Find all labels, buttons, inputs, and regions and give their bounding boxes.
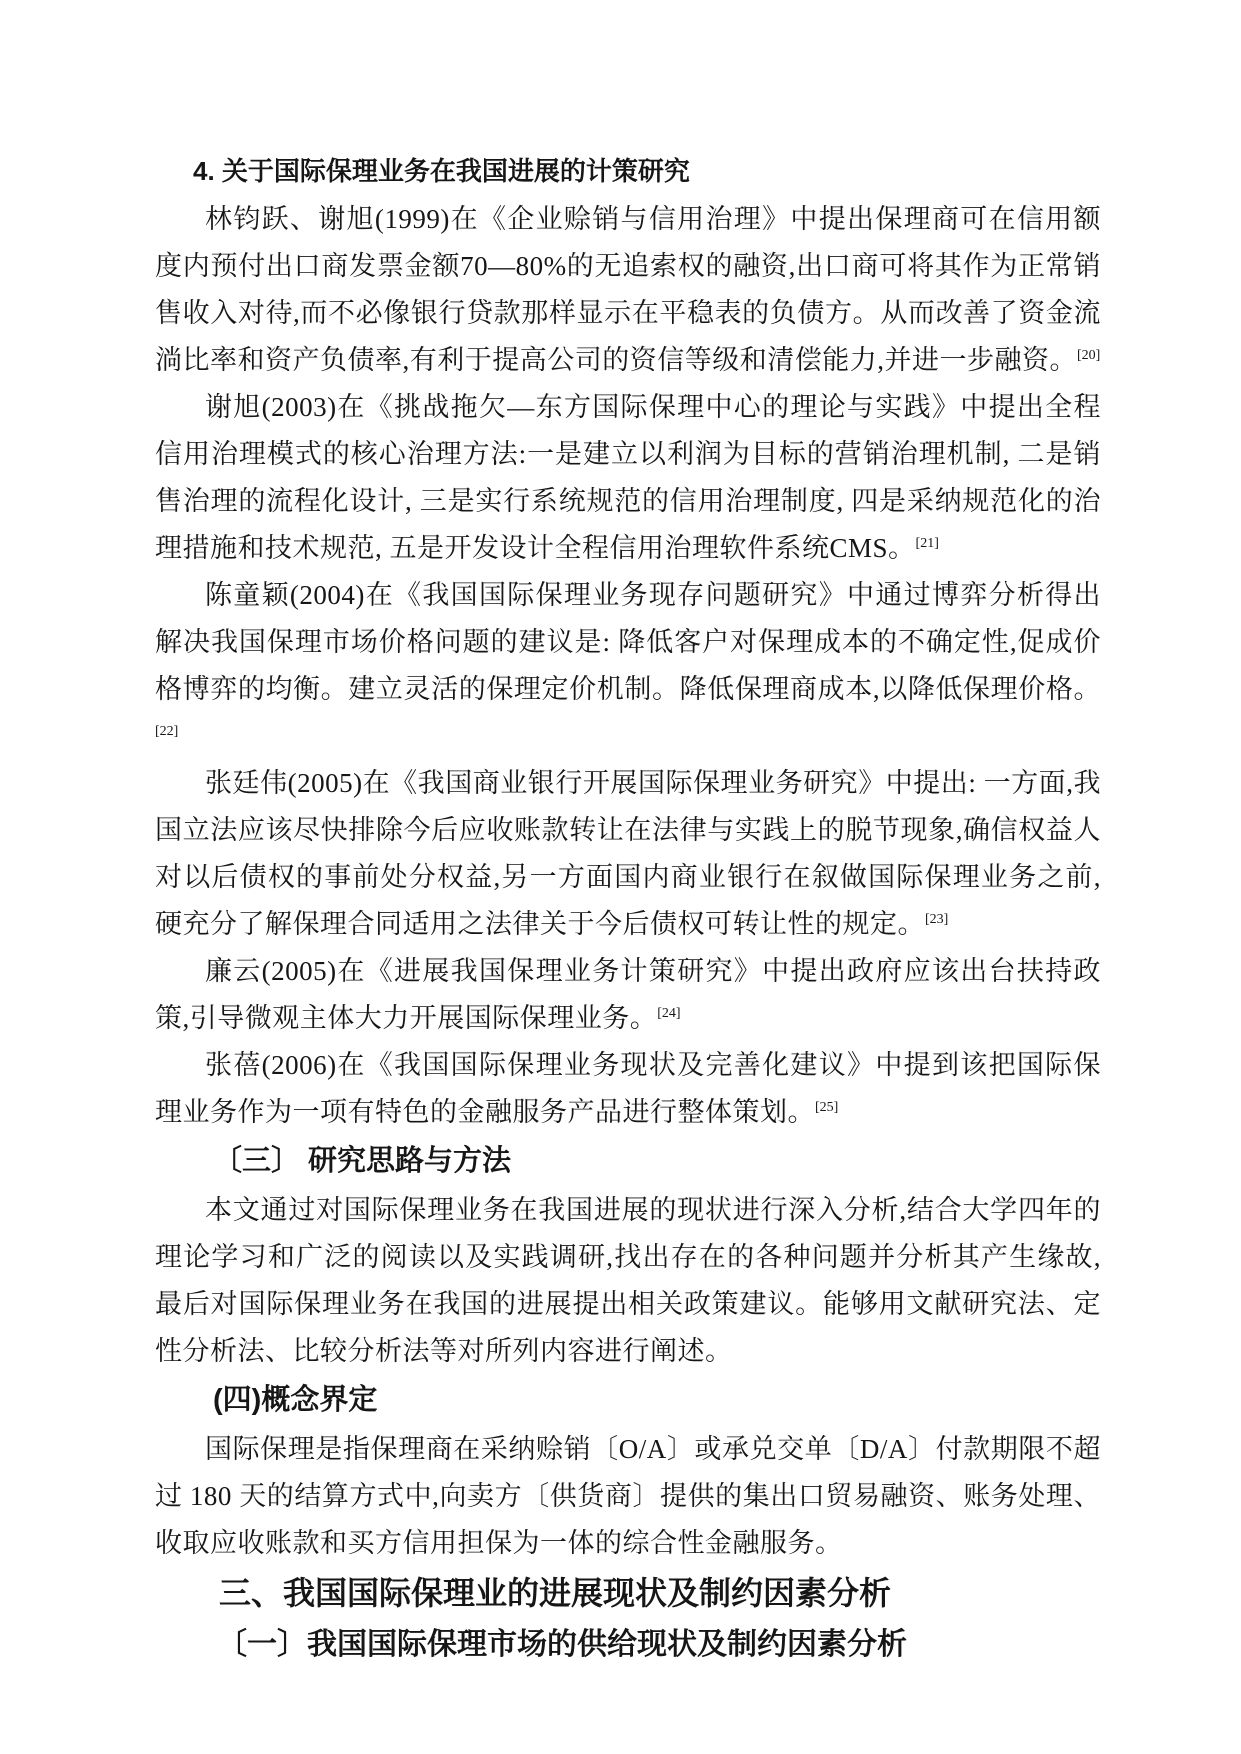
section-heading-3-research-methods: 〔三〕 研究思路与方法 (155, 1136, 1101, 1187)
paragraph-zhang-tingwei-2005: 张廷伟(2005)在《我国商业银行开展国际保理业务研究》中提出: 一方面,我国立… (155, 760, 1101, 948)
citation-ref-23: [23] (925, 912, 948, 927)
citation-ref-20: [20] (1077, 348, 1100, 363)
chapter-heading-3-status-analysis: 三、我国国际保理业的进展现状及制约因素分析 (155, 1567, 1101, 1619)
paragraph-zhang-bei-2006: 张蓓(2006)在《我国国际保理业务现状及完善化建议》中提到该把国际保理业务作为… (155, 1042, 1101, 1136)
document-body: 4. 关于国际保理业务在我国进展的计策研究 林钧跃、谢旭(1999)在《企业赊销… (155, 146, 1101, 1671)
paragraph-concept-definition: 国际保理是指保理商在采纳赊销〔O/A〕或承兑交单〔D/A〕付款期限不超过 180… (155, 1426, 1101, 1567)
paragraph-lian-yun-2005: 廉云(2005)在《进展我国保理业务计策研究》中提出政府应该出台扶持政策,引导微… (155, 948, 1101, 1042)
section-heading-4-concept-definition: (四)概念界定 (155, 1375, 1101, 1426)
paragraph-text: 本文通过对国际保理业务在我国进展的现状进行深入分析,结合大学四年的理论学习和广泛… (155, 1195, 1101, 1366)
paragraph-text: 张蓓(2006)在《我国国际保理业务现状及完善化建议》中提到该把国际保理业务作为… (155, 1050, 1101, 1127)
paragraph-text: 国际保理是指保理商在采纳赊销〔O/A〕或承兑交单〔D/A〕付款期限不超过 180… (155, 1434, 1101, 1558)
citation-ref-22: [22] (155, 724, 178, 739)
section-heading-4-policy-research: 4. 关于国际保理业务在我国进展的计策研究 (155, 146, 1101, 196)
paragraph-xie-xu-2003: 谢旭(2003)在《挑战拖欠—东方国际保理中心的理论与实践》中提出全程信用治理模… (155, 384, 1101, 572)
paragraph-text: 谢旭(2003)在《挑战拖欠—东方国际保理中心的理论与实践》中提出全程信用治理模… (155, 392, 1101, 563)
paragraph-text: 陈童颖(2004)在《我国国际保理业务现存问题研究》中通过博弈分析得出解决我国保… (155, 580, 1101, 704)
paragraph-research-methods: 本文通过对国际保理业务在我国进展的现状进行深入分析,结合大学四年的理论学习和广泛… (155, 1187, 1101, 1375)
paragraph-chen-tongying-2004: 陈童颖(2004)在《我国国际保理业务现存问题研究》中通过博弈分析得出解决我国保… (155, 572, 1101, 760)
citation-ref-21: [21] (916, 536, 939, 551)
paragraph-lin-xie-1999: 林钧跃、谢旭(1999)在《企业赊销与信用治理》中提出保理商可在信用额度内预付出… (155, 196, 1101, 384)
paragraph-text: 林钧跃、谢旭(1999)在《企业赊销与信用治理》中提出保理商可在信用额度内预付出… (155, 204, 1101, 375)
section-heading-1-supply-status: 〔一〕我国国际保理市场的供给现状及制约因素分析 (155, 1619, 1101, 1671)
citation-ref-25: [25] (815, 1100, 838, 1115)
paragraph-text: 张廷伟(2005)在《我国商业银行开展国际保理业务研究》中提出: 一方面,我国立… (155, 768, 1101, 939)
citation-ref-24: [24] (657, 1006, 680, 1021)
paragraph-text: 廉云(2005)在《进展我国保理业务计策研究》中提出政府应该出台扶持政策,引导微… (155, 956, 1101, 1033)
thesis-page: 4. 关于国际保理业务在我国进展的计策研究 林钧跃、谢旭(1999)在《企业赊销… (0, 0, 1241, 1754)
